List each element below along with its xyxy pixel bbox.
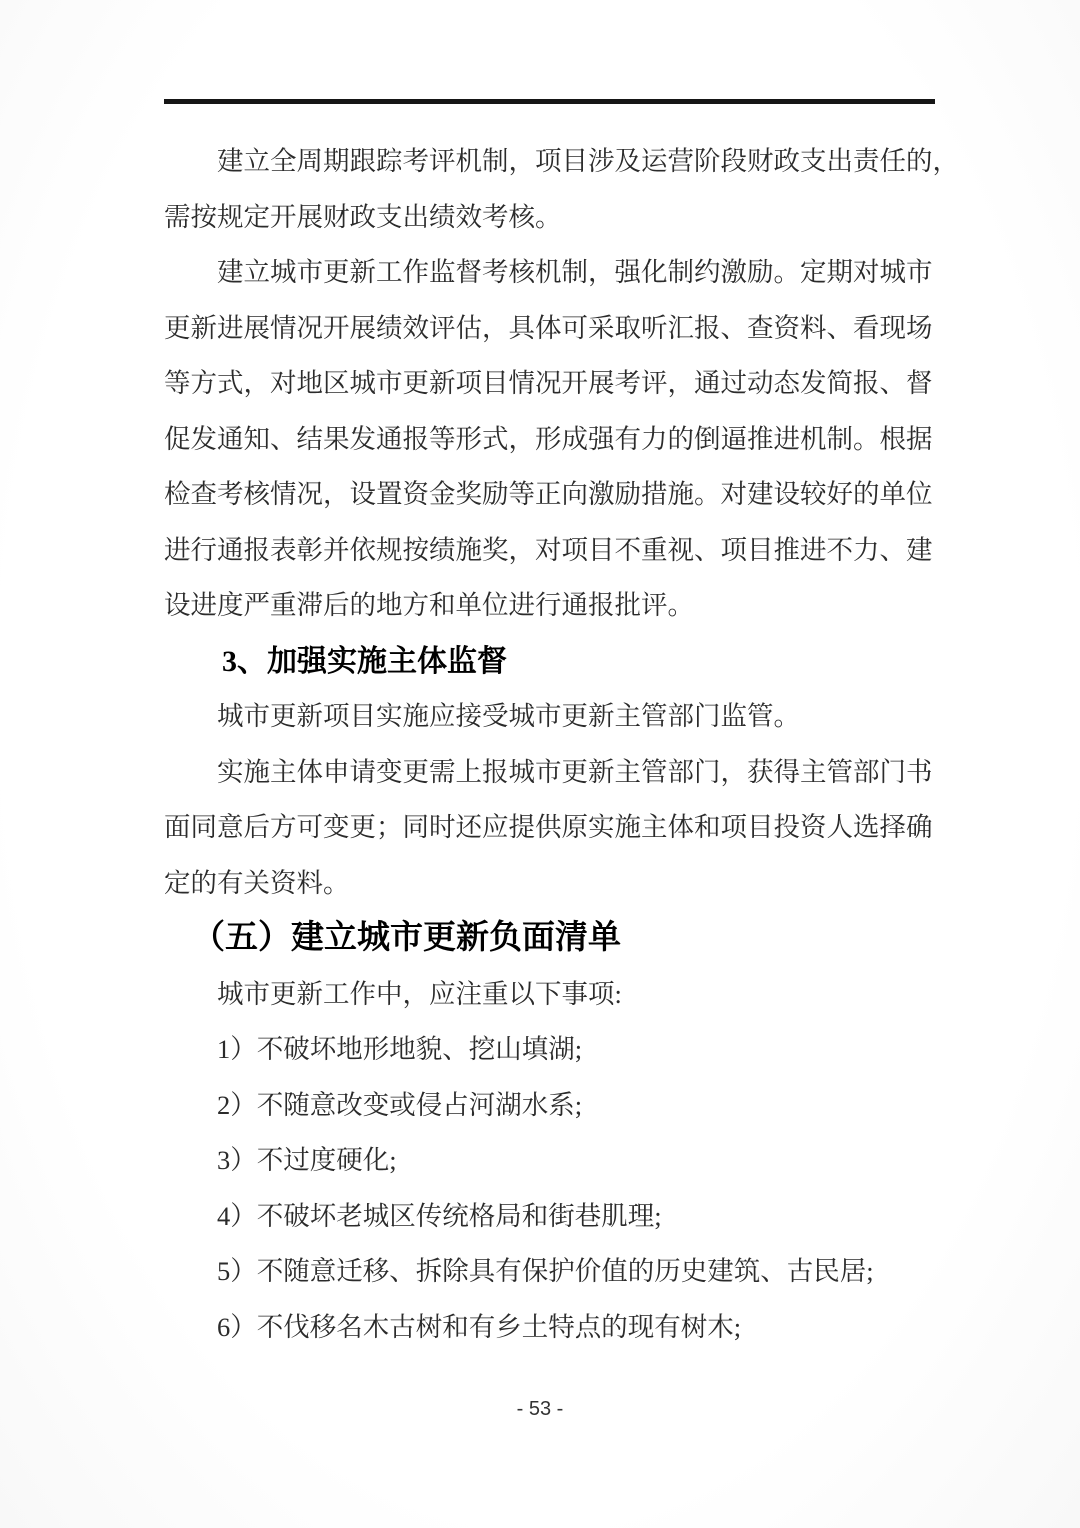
text-line: 需按规定开展财政支出绩效考核。 [164,190,933,246]
paragraph: 实施主体申请变更需上报城市更新主管部门，获得主管部门书面同意后方可变更；同时还应… [164,745,933,912]
list-item: 1）不破坏地形地貌、挖山填湖; [164,1022,933,1078]
text-line: 检查考核情况，设置资金奖励等正向激励措施。对建设较好的单位 [164,467,933,523]
text-line: 4）不破坏老城区传统格局和街巷肌理; [164,1189,933,1245]
document-page: 建立全周期跟踪考评机制，项目涉及运营阶段财政支出责任的，需按规定开展财政支出绩效… [0,0,1080,1528]
text-line: 2）不随意改变或侵占河湖水系; [164,1078,933,1134]
paragraph: 城市更新工作中，应注重以下事项: [164,967,933,1023]
text-line: 进行通报表彰并依规按绩施奖，对项目不重视、项目推进不力、建 [164,523,933,579]
list-item: 4）不破坏老城区传统格局和街巷肌理; [164,1189,933,1245]
list-item: 2）不随意改变或侵占河湖水系; [164,1078,933,1134]
text-line: （五）建立城市更新负面清单 [192,911,933,967]
text-line: 促发通知、结果发通报等形式，形成强有力的倒逼推进机制。根据 [164,412,933,468]
document-content: 建立全周期跟踪考评机制，项目涉及运营阶段财政支出责任的，需按规定开展财政支出绩效… [164,134,933,1355]
paragraph: 城市更新项目实施应接受城市更新主管部门监管。 [164,689,933,745]
paragraph: 建立全周期跟踪考评机制，项目涉及运营阶段财政支出责任的，需按规定开展财政支出绩效… [164,134,933,245]
text-line: 建立城市更新工作监督考核机制，强化制约激励。定期对城市 [164,245,933,301]
text-line: 5）不随意迁移、拆除具有保护价值的历史建筑、古民居; [164,1244,933,1300]
list-item: 5）不随意迁移、拆除具有保护价值的历史建筑、古民居; [164,1244,933,1300]
text-line: 城市更新项目实施应接受城市更新主管部门监管。 [164,689,933,745]
list-item: 6）不伐移名木古树和有乡土特点的现有树木; [164,1300,933,1356]
text-line: 实施主体申请变更需上报城市更新主管部门，获得主管部门书 [164,745,933,801]
text-line: 等方式，对地区城市更新项目情况开展考评，通过动态发简报、督 [164,356,933,412]
text-line: 定的有关资料。 [164,856,933,912]
list-item: 3）不过度硬化; [164,1133,933,1189]
text-line: 设进度严重滞后的地方和单位进行通报批评。 [164,578,933,634]
text-line: 6）不伐移名木古树和有乡土特点的现有树木; [164,1300,933,1356]
text-line: 3）不过度硬化; [164,1133,933,1189]
text-line: 3、加强实施主体监督 [222,634,933,690]
heading-numbered: 3、加强实施主体监督 [164,634,933,690]
header-rule [164,99,935,104]
heading-section: （五）建立城市更新负面清单 [164,911,933,967]
text-line: 更新进展情况开展绩效评估，具体可采取听汇报、查资料、看现场 [164,301,933,357]
page-number: - 53 - [0,1396,1080,1422]
text-line: 建立全周期跟踪考评机制，项目涉及运营阶段财政支出责任的， [164,134,933,190]
paragraph: 建立城市更新工作监督考核机制，强化制约激励。定期对城市更新进展情况开展绩效评估，… [164,245,933,634]
text-line: 城市更新工作中，应注重以下事项: [164,967,933,1023]
text-line: 1）不破坏地形地貌、挖山填湖; [164,1022,933,1078]
text-line: 面同意后方可变更；同时还应提供原实施主体和项目投资人选择确 [164,800,933,856]
